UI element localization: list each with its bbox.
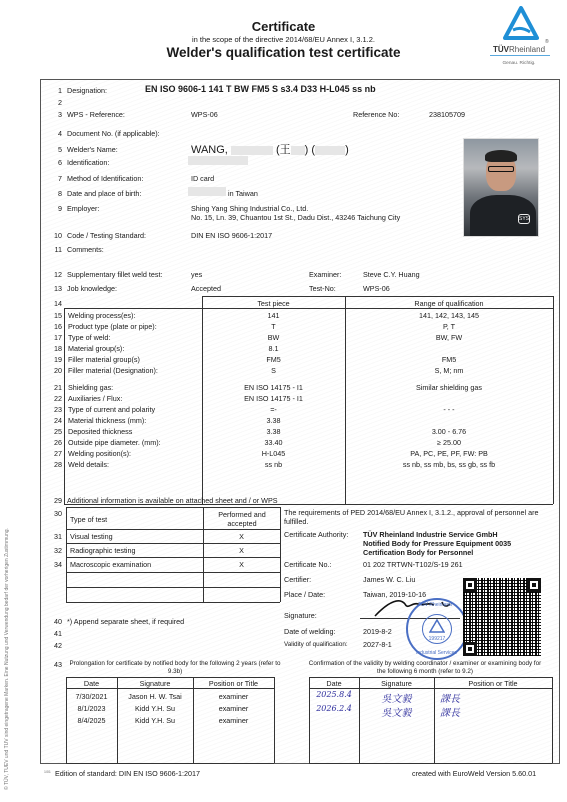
confirmation-header: Date [309,679,359,688]
type-of-test-header: Type of test [70,515,107,524]
row-number: 31 [44,532,62,541]
qual-range-value: ≥ 25.00 [345,438,553,447]
performed-header: Performed and accepted [214,510,270,528]
welder-name-label: Welder's Name: [67,145,118,154]
confirmation-header: Signature [359,679,434,688]
row-number: 27 [44,449,62,458]
job-knowledge-value: Accepted [191,284,221,293]
qual-row-label: Outside pipe diameter. (mm): [68,438,161,447]
row-number: 6 [44,158,62,167]
redacted-block [231,146,273,155]
qual-row-label: Material thickness (mm): [68,416,146,425]
method-id-value: ID card [191,174,214,183]
birth-value: in Taiwan [228,189,258,198]
redacted-block [291,146,305,155]
qual-range-value: ss nb, ss mb, bs, ss gb, ss fb [345,460,553,469]
confirmation-date: 2025.8.4 [309,690,359,699]
welder-name-value: WANG, (王) () [191,141,349,157]
confirmation-position: 課長 [440,690,460,705]
row-number: 30 [44,509,62,518]
qual-test-value: BW [202,333,345,342]
test-no-label: Test-No: [309,284,336,293]
test-type: Radiographic testing [70,546,136,555]
row-number: 5 [44,145,62,154]
certificate-main-title: Welder's qualification test certificate [0,45,567,60]
authority-line-2: Notified Body for Pressure Equipment 003… [363,539,511,548]
qual-test-value: 3.38 [202,416,345,425]
qual-row-label: Welding position(s): [68,449,131,458]
row-number: 23 [44,405,62,414]
prolongation-position: examiner [193,716,274,725]
qual-range-value: - - - [345,405,553,414]
wps-reference-value: WPS-06 [191,110,218,119]
certifier-value: James W. C. Liu [363,575,415,584]
cert-no-value: 01 202 TRTWN-T102/S-19 261 [363,560,463,569]
row-number: 10 [44,231,62,240]
employer-label: Employer: [67,204,99,213]
prolongation-position: examiner [193,704,274,713]
confirmation-header: Position or Title [434,679,552,688]
redacted-block [315,146,345,155]
row-number: 3 [44,110,62,119]
software-note: created with EuroWeld Version 5.60.01 [412,769,536,778]
qual-row-label: Filler material (Designation): [68,366,158,375]
qual-row-label: Shielding gas: [68,383,113,392]
welder-photo: SYS [463,138,539,237]
certificate-subtitle: in the scope of the directive 2014/68/EU… [0,35,567,44]
cert-no-label: Certificate No.: [284,560,332,569]
code-standard-value: DIN EN ISO 9606-1:2017 [191,231,272,240]
identification-label: Identification: [67,158,109,167]
qual-row-label: Auxiliaries / Flux: [68,394,122,403]
qual-test-value: S [202,366,345,375]
reference-no-label: Reference No: [353,110,399,119]
authority-line-1: TÜV Rheinland Industrie Service GmbH [363,530,498,539]
tuv-brand-text: TÜVRheinland [484,45,554,54]
qual-test-value: 141 [202,311,345,320]
row-number: 18 [44,344,62,353]
qual-range-value: BW, FW [345,333,553,342]
qual-test-value: 3.38 [202,427,345,436]
qual-range-value: S, M; nm [345,366,553,375]
qual-test-value: EN ISO 14175 - I1 [202,394,345,403]
welding-date-label: Date of welding: [284,627,336,636]
row-number: 2 [44,98,62,107]
edition-note: Edition of standard: DIN EN ISO 9606-1:2… [55,769,200,778]
designation-label: Designation: [67,86,107,95]
prolongation-signature: Jason H. W. Tsai [117,692,193,701]
qual-range-value: FM5 [345,355,553,364]
validity-value: 2027-8-1 [363,640,392,649]
prolongation-position: examiner [193,692,274,701]
qual-test-value: =- [202,405,345,414]
redacted-block [188,156,248,165]
confirmation-date: 2026.2.4 [309,704,359,713]
reference-no-value: 238105709 [429,110,465,119]
job-knowledge-label: Job knowledge: [67,284,117,293]
qr-code[interactable] [463,578,541,656]
method-id-label: Method of Identification: [67,174,143,183]
row-number: 20 [44,366,62,375]
prolongation-date: 8/1/2023 [66,704,117,713]
qual-range-value: PA, PC, PE, PF, FW: PB [345,449,553,458]
qual-row-label: Welding process(es): [68,311,135,320]
row-number: 19 [44,355,62,364]
employer-name: Shing Yang Shing Industrial Co., Ltd. [191,204,308,213]
welding-date-value: 2019-8-2 [363,627,392,636]
prolongation-note: Prolongation for certificate by notified… [65,660,285,676]
comments-label: Comments: [67,245,104,254]
qual-range-value: 141, 142, 143, 145 [345,311,553,320]
signature-label: Signature: [284,611,317,620]
qual-range-value: Similar shielding gas [345,383,553,392]
confirmation-note: Confirmation of the validity by welding … [305,660,545,676]
logo-tagline: Genau. Richtig. [484,61,554,66]
tuv-stamp: 199217 TÜV Rheinland Industrial Services [406,598,468,660]
qual-test-value: T [202,322,345,331]
ped-statement: The requirements of PED 2014/68/EU Annex… [284,508,556,526]
test-accepted-mark: X [203,532,280,541]
confirmation-signature: 吳文毅 [359,690,434,705]
test-piece-header: Test piece [202,299,345,308]
row-number: 15 [44,311,62,320]
authority-line-3: Certification Body for Personnel [363,548,473,557]
authority-label: Certificate Authority: [284,530,348,539]
row-number: 14 [44,299,62,308]
prolongation-date: 7/30/2021 [66,692,117,701]
certifier-label: Certifier: [284,575,311,584]
row-number: 29 [44,496,62,505]
stamp-triangle-icon [429,619,445,633]
row-number: 4 [44,129,62,138]
prolongation-header: Signature [117,679,193,688]
qual-range-value: 3.00 - 6.76 [345,427,553,436]
qual-test-value: FM5 [202,355,345,364]
qual-row-label: Material group(s): [68,344,124,353]
row-number: 11 [44,245,62,254]
row-number: 12 [44,270,62,279]
row-number: 17 [44,333,62,342]
row-number: 43 [44,660,62,669]
row-number: 21 [44,383,62,392]
qual-row-label: Type of weld: [68,333,110,342]
qual-row-label: Deposited thickness [68,427,132,436]
test-type: Visual testing [70,532,113,541]
examiner-value: Steve C.Y. Huang [363,270,420,279]
row-number: 9 [44,204,62,213]
row-number: 22 [44,394,62,403]
qual-row-label: Filler material group(s) [68,355,140,364]
designation-value: EN ISO 9606-1 141 T BW FM5 S s3.4 D33 H-… [145,84,376,94]
row-number: 1 [44,86,62,95]
registered-mark: ® [545,39,549,45]
test-no-value: WPS-06 [363,284,390,293]
row-number: 41 [44,629,62,638]
qual-test-value: 33.40 [202,438,345,447]
document-no-label: Document No. (if applicable): [67,129,160,138]
row-number: 28 [44,460,62,469]
prolongation-header: Date [66,679,117,688]
row-number: 8 [44,189,62,198]
qual-row-label: Weld details: [68,460,109,469]
redacted-block [188,187,226,196]
fillet-test-label: Supplementary fillet weld test: [67,270,162,279]
row-number: 32 [44,546,62,555]
page-code: 1/01 [44,770,51,774]
fillet-test-value: yes [191,270,202,279]
test-accepted-mark: X [203,560,280,569]
qual-test-value: EN ISO 14175 - I1 [202,383,345,392]
test-type: Macroscopic examination [70,560,151,569]
prolongation-signature: Kidd Y.H. Su [117,716,193,725]
row-number: 40 [44,617,62,626]
row-number: 7 [44,174,62,183]
qual-row-label: Type of current and polarity [68,405,155,414]
wps-reference-label: WPS - Reference: [67,110,125,119]
row-number: 16 [44,322,62,331]
employer-address: No. 15, Ln. 39, Chuantou 1st St., Dadu D… [191,213,400,222]
row-number: 24 [44,416,62,425]
row-number: 13 [44,284,62,293]
trademark-note: © TÜV, TUEV und TUV sind eingetragene Ma… [4,528,10,790]
qual-range-value: P, T [345,322,553,331]
row-number: 42 [44,641,62,650]
row-number: 34 [44,560,62,569]
birth-label: Date and place of birth: [67,189,141,198]
prolongation-header: Position or Title [193,679,274,688]
row-number: 25 [44,427,62,436]
prolongation-date: 8/4/2025 [66,716,117,725]
validity-label: Validity of qualification: [284,641,348,648]
confirmation-signature: 吳文毅 [359,704,434,719]
examiner-label: Examiner: [309,270,341,279]
tuv-triangle-logo-icon [503,6,539,42]
qual-test-value: H-L045 [202,449,345,458]
logo-divider [490,55,550,56]
qual-test-value: ss nb [202,460,345,469]
qual-row-label: Product type (plate or pipe): [68,322,157,331]
range-header: Range of qualification [345,299,553,308]
row-number: 26 [44,438,62,447]
prolongation-signature: Kidd Y.H. Su [117,704,193,713]
certificate-title: Certificate [0,19,567,34]
append-note: *) Append separate sheet, if required [67,617,184,626]
confirmation-position: 課長 [440,704,460,719]
qual-test-value: 8.1 [202,344,345,353]
code-standard-label: Code / Testing Standard: [67,231,146,240]
place-date-label: Place / Date: [284,590,325,599]
test-accepted-mark: X [203,546,280,555]
additional-info-text: Additional information is available on a… [67,496,278,505]
